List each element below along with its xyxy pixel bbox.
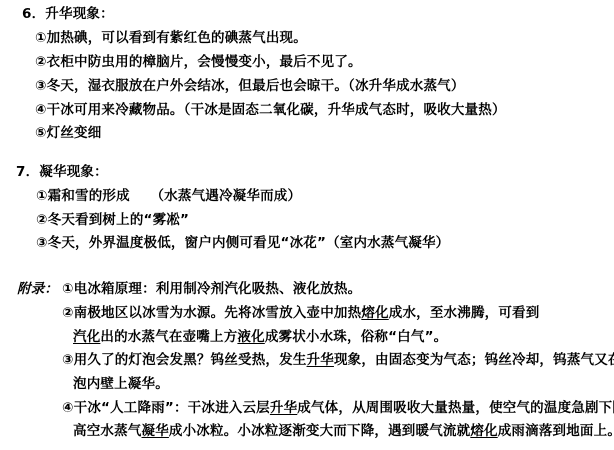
appendix-item-2-line-1: ②南极地区以冰雪为水源。先将冰雪放入壶中加热熔化成水，至水沸腾，可看到 xyxy=(62,304,539,322)
section-6-heading: 6．升华现象： xyxy=(22,5,114,23)
section-7-item-1: ①霜和雪的形成 （水蒸气遇冷凝华而成） xyxy=(36,187,301,205)
appendix-item-1: ①电冰箱原理：利用制冷剂汽化吸热、液化放热。 xyxy=(62,280,361,298)
appendix-item-4-line-2: 高空水蒸气凝华成小冰粒。小冰粒逐渐变大而下降，遇到暖气流就熔化成雨滴落到地面上。 xyxy=(73,422,614,440)
section-7-heading: 7．凝华现象： xyxy=(16,163,108,181)
underlined-term: 凝华 xyxy=(142,423,169,439)
section-6-item-5: ⑤灯丝变细 xyxy=(35,124,101,142)
appendix-item-2-line-2: 汽化出的水蒸气在壶嘴上方液化成雾状小水珠，俗称“白气”。 xyxy=(73,328,447,346)
underlined-term: 液化 xyxy=(237,329,264,345)
appendix-item-4-line-1: ④干冰“人工降雨”：干冰进入云层升华成气体，从周围吸收大量热量，使空气的温度急剧… xyxy=(62,399,614,417)
section-6-item-1: ①加热碘，可以看到有紫红色的碘蒸气出现。 xyxy=(35,29,307,47)
appendix-label: 附录： xyxy=(17,280,58,298)
underlined-term: 升华 xyxy=(307,352,334,368)
underlined-term: 升华 xyxy=(270,400,297,416)
appendix-item-3-line-2: 泡内壁上凝华。 xyxy=(73,375,169,393)
section-6-item-2: ②衣柜中防虫用的樟脑片，会慢慢变小，最后不见了。 xyxy=(35,53,362,71)
section-6-item-3: ③冬天，湿衣服放在户外会结冰，但最后也会晾干。（冰升华成水蒸气） xyxy=(35,77,465,95)
underlined-term: 汽化 xyxy=(73,329,100,345)
section-7-item-3: ③冬天，外界温度极低，窗户内侧可看见“冰花”（室内水蒸气凝华） xyxy=(36,234,449,252)
section-6-item-4: ④干冰可用来冷藏物品。（干冰是固态二氧化碳，升华成气态时，吸收大量热） xyxy=(35,101,506,119)
underlined-term: 熔化 xyxy=(470,423,497,439)
section-7-item-2: ②冬天看到树上的“雾凇” xyxy=(36,211,189,229)
underlined-term: 熔化 xyxy=(361,305,388,321)
appendix-item-3-line-1: ③用久了的灯泡会发黑？钨丝受热，发生升华现象，由固态变为气态；钨丝冷却，钨蒸气又… xyxy=(62,351,614,369)
